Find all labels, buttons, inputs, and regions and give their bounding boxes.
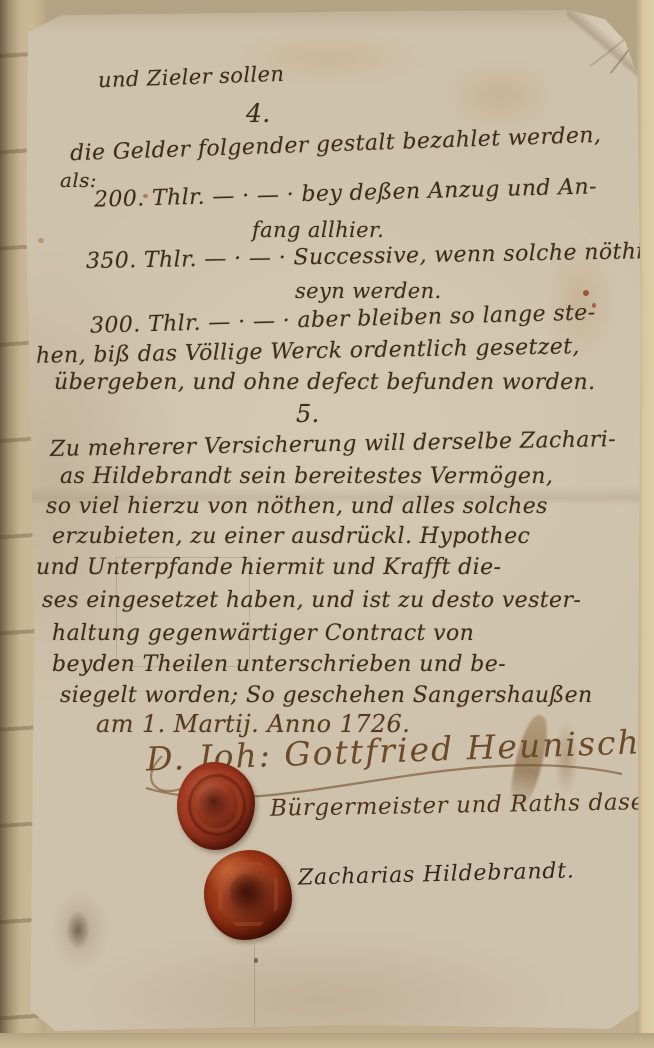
manuscript-line: so viel hierzu von nöthen, und alles sol…: [46, 495, 548, 519]
wax-seal-octagon: [204, 850, 292, 940]
manuscript-line: erzubieten, zu einer ausdrückl. Hypothec: [52, 525, 530, 549]
manuscript-line: übergeben, und ohne defect befunden word…: [54, 371, 595, 395]
amount-line: 350. Thlr. — · — · Successive, wenn solc…: [86, 240, 654, 274]
signature-hildebrandt: Zacharias Hildebrandt.: [298, 860, 575, 889]
manuscript-line: die Gelder folgender gestalt bezahlet we…: [70, 124, 602, 167]
manuscript-line: fang allhier.: [252, 219, 384, 242]
seal-coat-of-arms: [199, 786, 231, 820]
amount-line: 200. Thlr. — · — · bey deßen Anzug und A…: [94, 175, 597, 212]
manuscript-line: haltung gegenwärtiger Contract von: [52, 622, 474, 646]
manuscript-line: Zu mehrerer Versicherung will derselbe Z…: [50, 428, 616, 462]
section-number: 5.: [296, 401, 320, 427]
wax-seal-round: [177, 762, 255, 850]
manuscript-line: beyden Theilen unterschrieben und be-: [52, 653, 506, 677]
manuscript-line: und Unterpfande hiermit und Krafft die-: [36, 556, 501, 580]
document-photograph: und Zieler sollen 4. die Gelder folgende…: [0, 0, 654, 1048]
stain-speck: [38, 238, 44, 243]
manuscript-line: und Zieler sollen: [98, 63, 285, 93]
signature-title-line: Bürgermeister und Raths daselbst.: [270, 790, 654, 820]
manuscript-line: as Hildebrandt sein bereitestes Vermögen…: [60, 465, 553, 489]
ink-speck: [583, 290, 589, 296]
stain-speck: [254, 958, 258, 963]
manuscript-line: seyn werden.: [295, 280, 442, 303]
manuscript-page: und Zieler sollen 4. die Gelder folgende…: [18, 8, 645, 1034]
section-number: 4.: [246, 100, 271, 128]
manuscript-line: als:: [60, 169, 97, 191]
page-edge-bottom: [0, 1033, 654, 1048]
amount-line: 300. Thlr. — · — · aber bleiben so lange…: [90, 301, 596, 338]
manuscript-line: siegelt worden; So geschehen Sangershauß…: [60, 684, 593, 708]
manuscript-line: hen, biß das Völlige Werck ordentlich ge…: [36, 335, 580, 369]
seal-coat-of-arms: [230, 874, 266, 912]
manuscript-line: ses eingesetzet haben, und ist zu desto …: [42, 589, 581, 613]
